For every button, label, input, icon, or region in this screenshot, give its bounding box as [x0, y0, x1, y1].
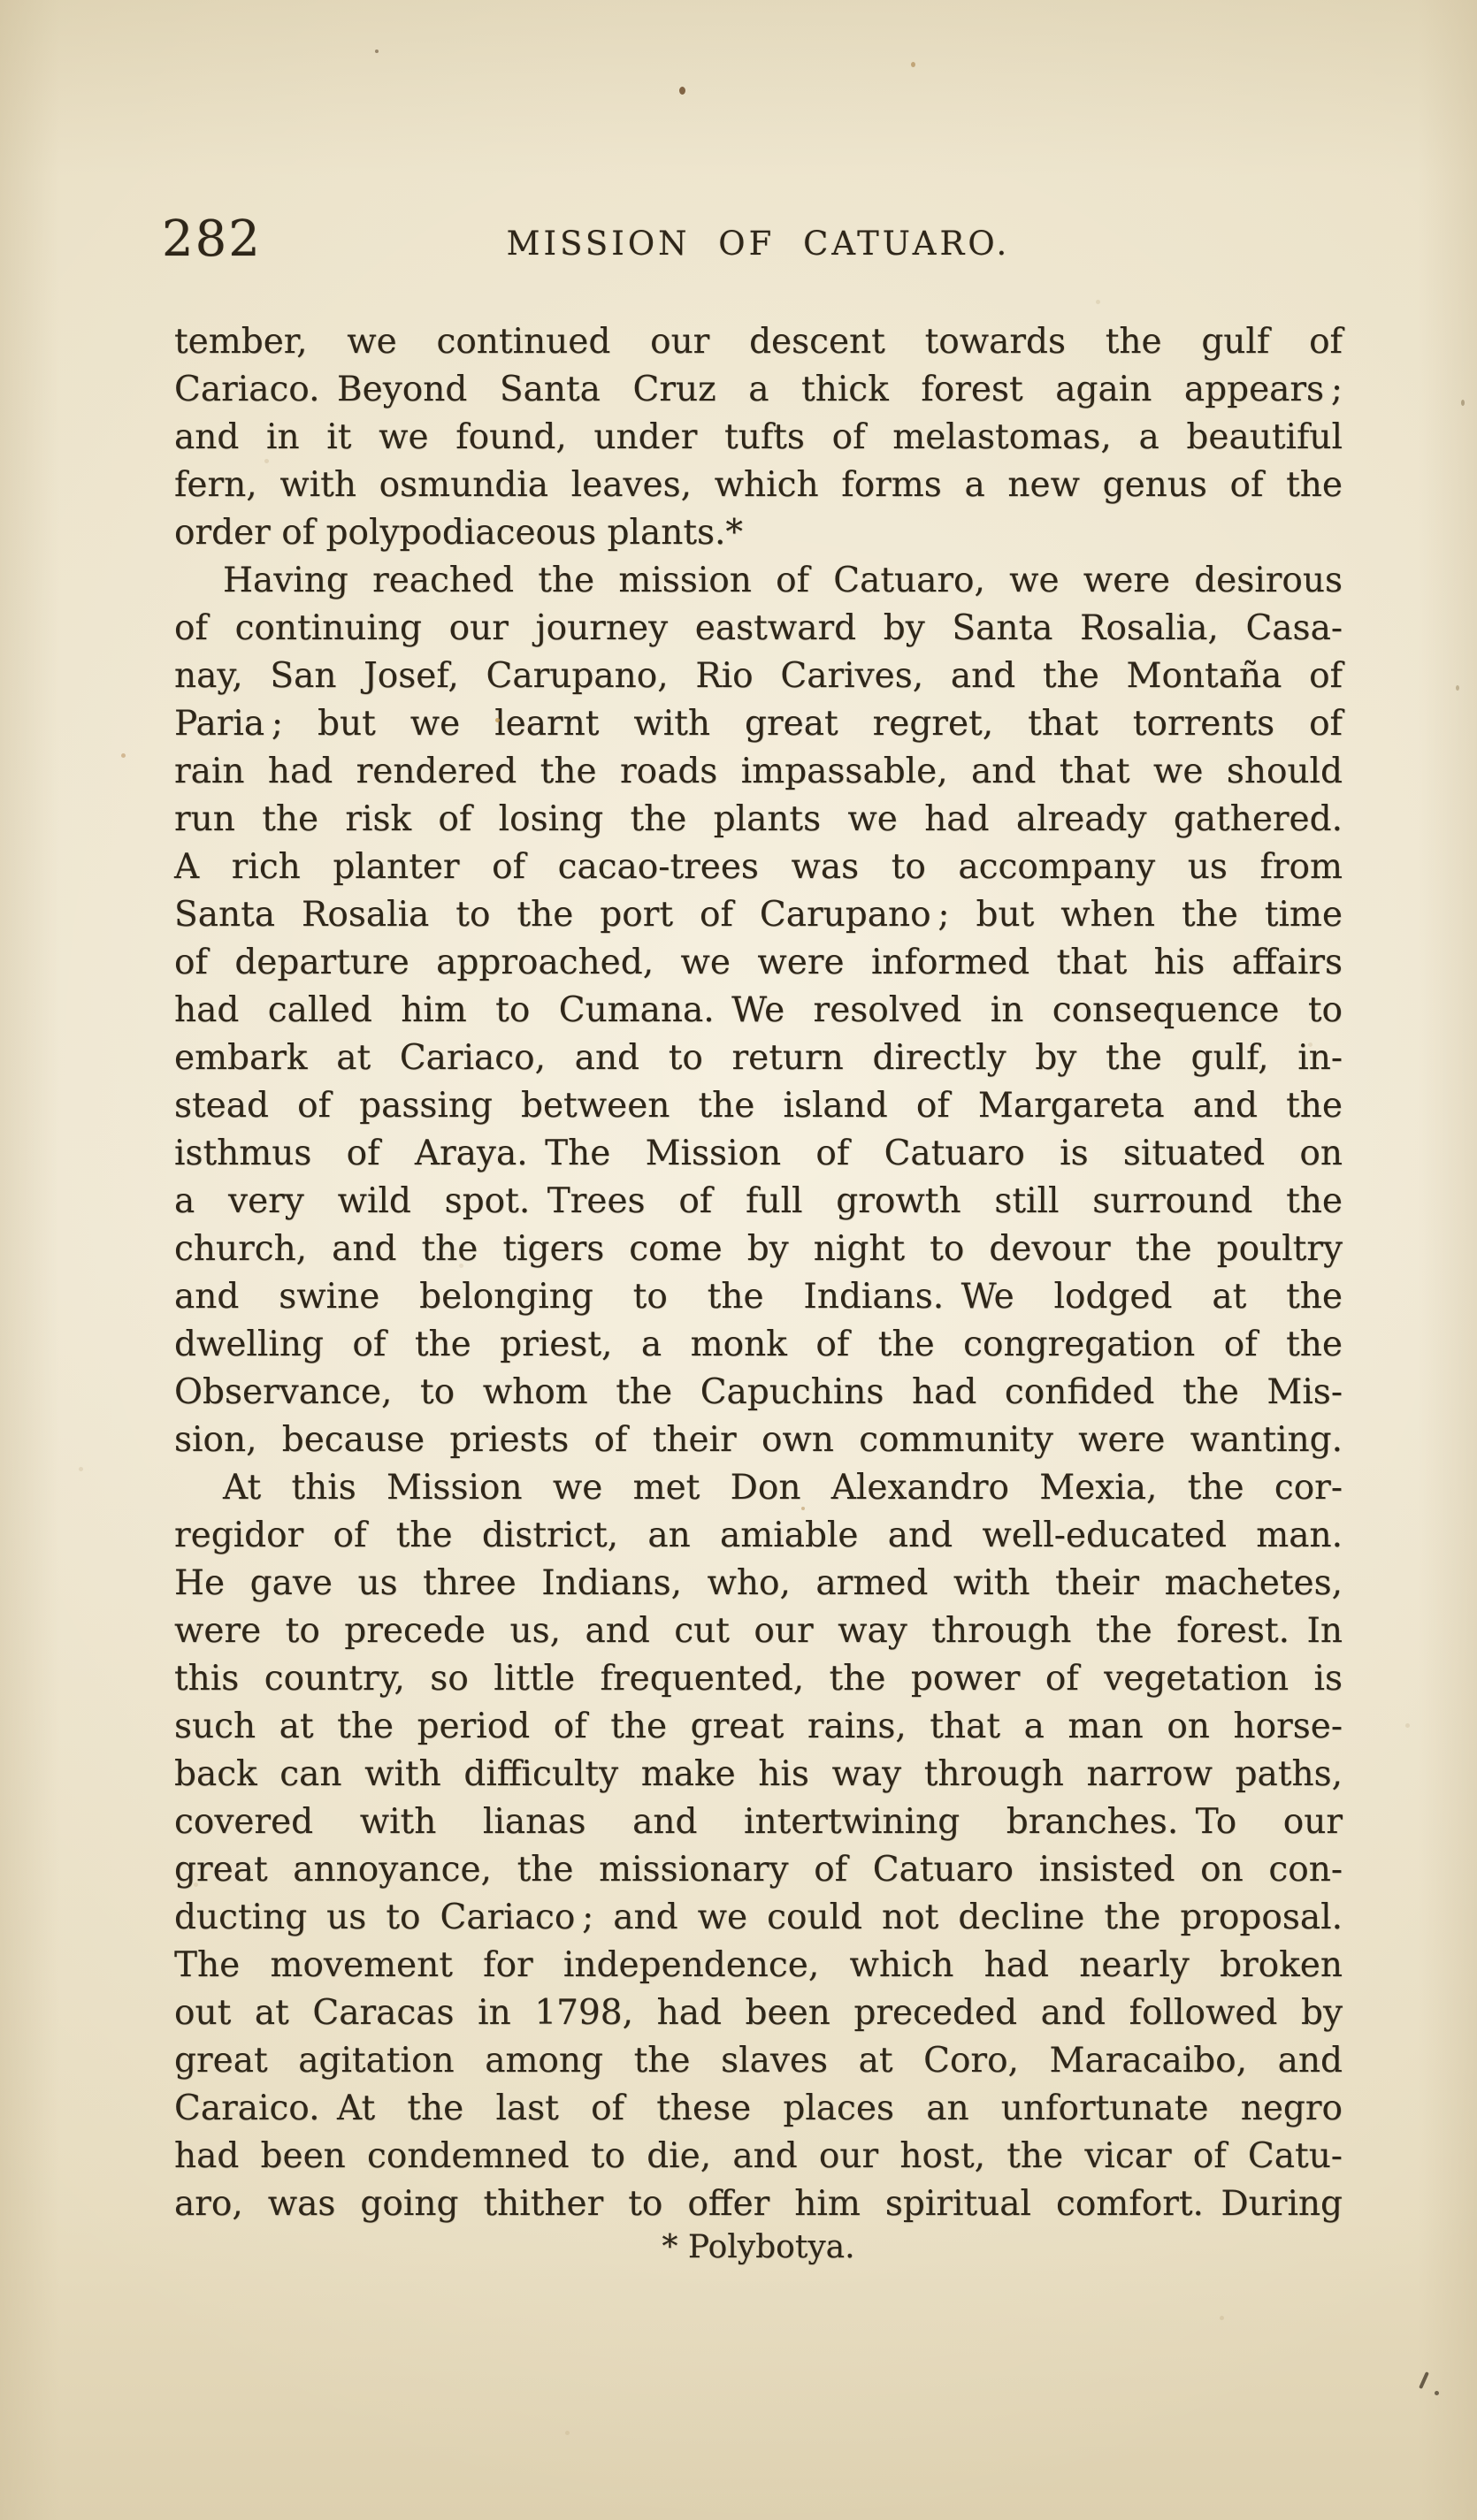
body-text-line: of departure approached, we were informe…: [174, 939, 1343, 987]
scan-mark: [1419, 2371, 1429, 2389]
body-text-line: rain had rendered the roads impassable, …: [174, 748, 1343, 796]
body-text-line: He gave us three Indians, who, armed wit…: [174, 1560, 1343, 1607]
body-text-line: At this Mission we met Don Alexandro Mex…: [174, 1464, 1343, 1512]
body-text-line: Paria ; but we learnt with great regret,…: [174, 700, 1343, 748]
body-text-line: A rich planter of cacao-trees was to acc…: [174, 844, 1343, 891]
body-text-line: fern, with osmundia leaves, which forms …: [174, 462, 1343, 509]
body-text-line: a very wild spot. Trees of full growth s…: [174, 1178, 1343, 1226]
body-text-line: stead of passing between the island of M…: [174, 1082, 1343, 1130]
body-text-line: isthmus of Araya. The Mission of Catuaro…: [174, 1130, 1343, 1178]
body-text-line: such at the period of the great rains, t…: [174, 1703, 1343, 1751]
body-text-line: run the risk of losing the plants we had…: [174, 796, 1343, 844]
book-page: 282 MISSION OF CATUARO. tember, we conti…: [0, 0, 1477, 2520]
running-head: MISSION OF CATUARO.: [174, 227, 1343, 260]
scan-mark: [1435, 2391, 1439, 2395]
body-text: tember, we continued our descent towards…: [174, 318, 1343, 2228]
body-text-line: great agitation among the slaves at Coro…: [174, 2037, 1343, 2085]
body-text-line: out at Caracas in 1798, had been precede…: [174, 1989, 1343, 2037]
body-text-line: had been condemned to die, and our host,…: [174, 2133, 1343, 2180]
body-text-line: back can with difficulty make his way th…: [174, 1751, 1343, 1798]
body-text-line: The movement for independence, which had…: [174, 1942, 1343, 1989]
body-text-line: Santa Rosalia to the port of Carupano ; …: [174, 891, 1343, 939]
scan-speck: [495, 718, 500, 722]
paper-grain: [0, 0, 3, 3]
body-text-line: covered with lianas and intertwining bra…: [174, 1798, 1343, 1846]
body-text-line: Having reached the mission of Catuaro, w…: [174, 557, 1343, 605]
scan-speck: [1461, 400, 1465, 406]
body-text-line: embark at Cariaco, and to return directl…: [174, 1035, 1343, 1082]
body-text-line: Cariaco. Beyond Santa Cruz a thick fores…: [174, 366, 1343, 414]
body-text-line: had called him to Cumana. We resolved in…: [174, 987, 1343, 1035]
body-text-line: this country, so little frequented, the …: [174, 1655, 1343, 1703]
body-text-line: ducting us to Cariaco ; and we could not…: [174, 1894, 1343, 1942]
body-text-line: regidor of the district, an amiable and …: [174, 1512, 1343, 1560]
body-text-line: of continuing our journey eastward by Sa…: [174, 605, 1343, 653]
body-text-line: Observance, to whom the Capuchins had co…: [174, 1369, 1343, 1417]
body-text-line: and in it we found, under tufts of melas…: [174, 414, 1343, 462]
body-text-line: great annoyance, the missionary of Catua…: [174, 1846, 1343, 1894]
scan-speck: [911, 62, 915, 67]
scan-speck: [1456, 685, 1459, 691]
body-text-line: aro, was going thither to offer him spir…: [174, 2180, 1343, 2228]
body-text-line: order of polypodiaceous plants.*: [174, 509, 1343, 557]
body-text-line: sion, because priests of their own commu…: [174, 1417, 1343, 1464]
body-text-line: church, and the tigers come by night to …: [174, 1226, 1343, 1273]
scan-speck: [801, 1507, 805, 1510]
body-text-line: dwelling of the priest, a monk of the co…: [174, 1321, 1343, 1369]
body-text-line: Caraico. At the last of these places an …: [174, 2085, 1343, 2133]
body-text-line: tember, we continued our descent towards…: [174, 318, 1343, 366]
body-text-line: were to precede us, and cut our way thro…: [174, 1607, 1343, 1655]
footnote: * Polybotya.: [174, 2232, 1343, 2264]
scan-speck: [679, 87, 685, 95]
scan-speck: [121, 753, 126, 758]
body-text-line: nay, San Josef, Carupano, Rio Carives, a…: [174, 653, 1343, 700]
body-text-line: and swine belonging to the Indians. We l…: [174, 1273, 1343, 1321]
scan-speck: [375, 50, 379, 53]
